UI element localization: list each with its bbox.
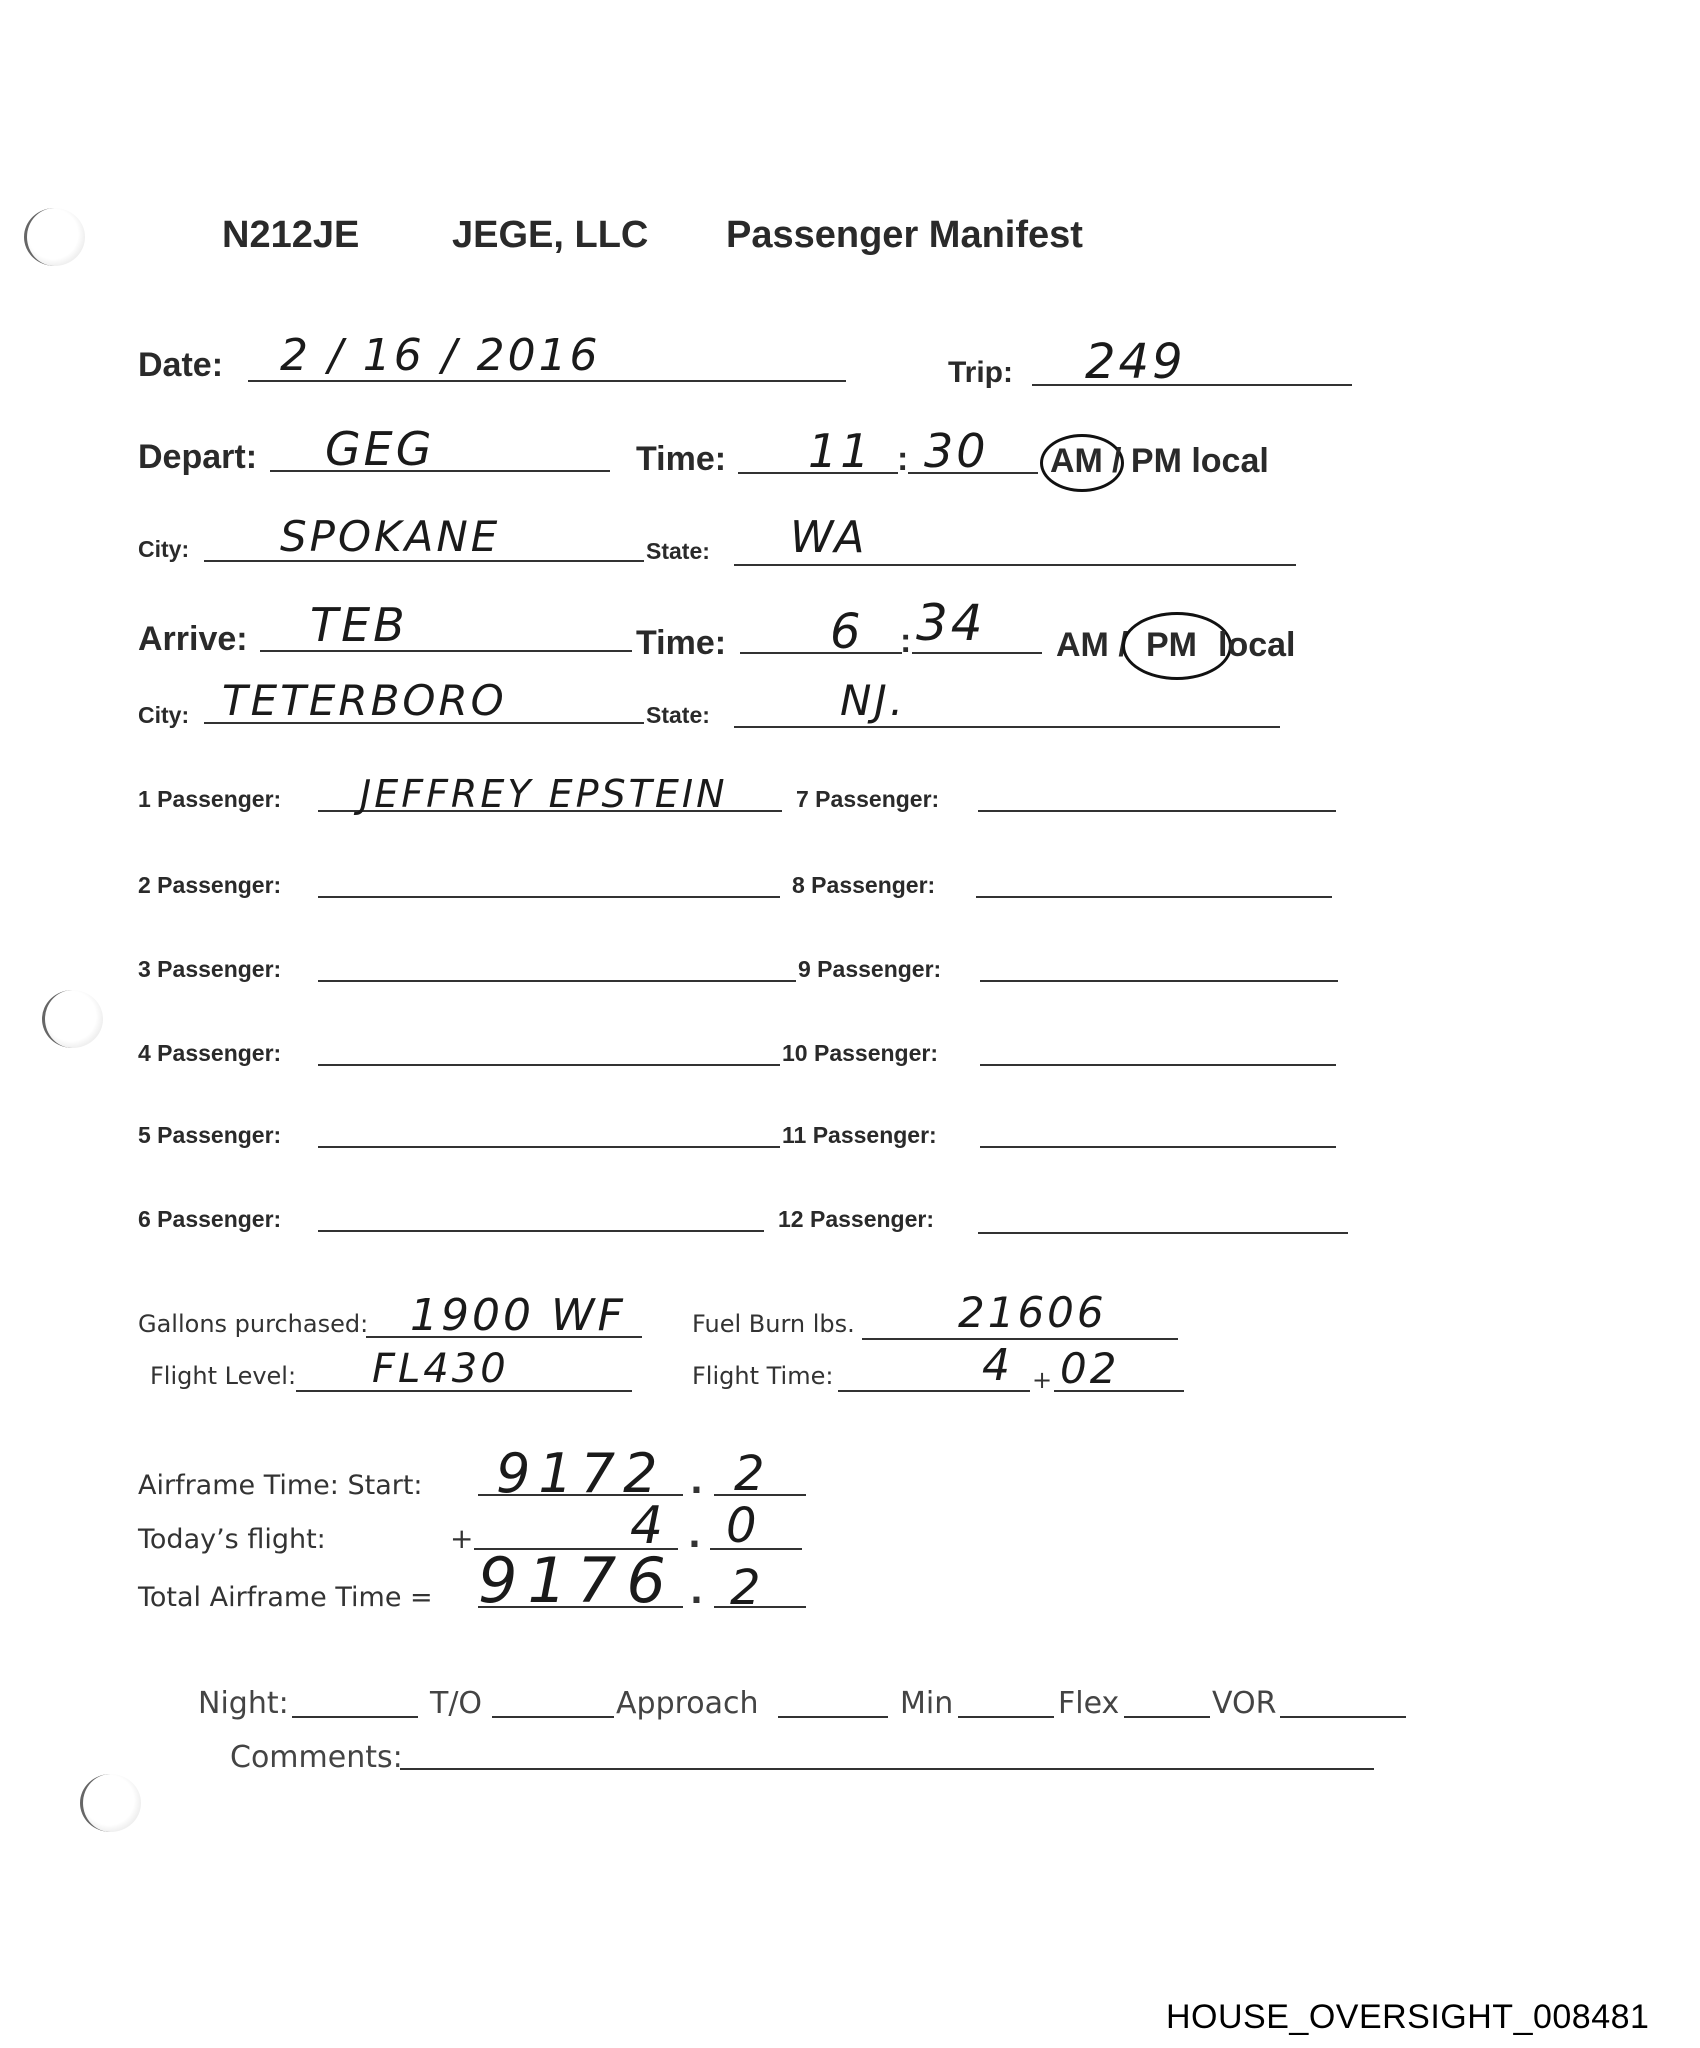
- binder-hole-bottom: [80, 1774, 141, 1832]
- passenger-12-label: 12 Passenger:: [778, 1206, 934, 1233]
- tail-number: N212JE: [222, 214, 359, 257]
- flex-label: Flex: [1058, 1686, 1119, 1721]
- date-value[interactable]: 2 / 16 / 2016: [280, 330, 601, 381]
- depart-am-option[interactable]: AM: [1050, 442, 1103, 481]
- airframe-start-dot: .: [690, 1462, 703, 1502]
- arrive-city-label: City:: [138, 702, 189, 729]
- arrive-pm-option[interactable]: PM: [1146, 626, 1197, 665]
- passenger-5-line[interactable]: [318, 1146, 780, 1148]
- flex-line[interactable]: [1124, 1716, 1210, 1718]
- passenger-10-label: 10 Passenger:: [782, 1040, 938, 1067]
- arrive-hour-value[interactable]: 6: [830, 604, 864, 660]
- to-line[interactable]: [492, 1716, 614, 1718]
- passenger-11-label: 11 Passenger:: [782, 1122, 937, 1149]
- arrive-am-option[interactable]: AM /: [1056, 626, 1128, 665]
- min-line[interactable]: [958, 1716, 1054, 1718]
- passenger-11-line[interactable]: [980, 1146, 1336, 1148]
- total-airframe-whole[interactable]: 9176: [478, 1544, 676, 1617]
- passenger-7-line[interactable]: [978, 810, 1336, 812]
- flight-time-hours-value[interactable]: 4: [982, 1340, 1013, 1391]
- depart-city-label: City:: [138, 536, 189, 563]
- passenger-7-label: 7 Passenger:: [796, 786, 939, 813]
- comments-line[interactable]: [400, 1768, 1374, 1770]
- night-label: Night:: [198, 1686, 289, 1721]
- company-name: JEGE, LLC: [452, 214, 648, 257]
- depart-city-value[interactable]: SPOKANE: [280, 512, 500, 561]
- passenger-10-line[interactable]: [980, 1064, 1336, 1066]
- flight-level-label: Flight Level:: [150, 1362, 296, 1390]
- depart-value[interactable]: GEG: [325, 422, 434, 476]
- flight-time-separator: +: [1032, 1366, 1052, 1394]
- passenger-3-label: 3 Passenger:: [138, 956, 281, 983]
- total-airframe-dot: .: [690, 1572, 703, 1612]
- arrive-label: Arrive:: [138, 620, 248, 659]
- arrive-value[interactable]: TEB: [310, 598, 408, 652]
- arrive-hour-line[interactable]: [740, 652, 902, 654]
- passenger-4-line[interactable]: [318, 1064, 780, 1066]
- passenger-5-label: 5 Passenger:: [138, 1122, 281, 1149]
- trip-value[interactable]: 249: [1085, 334, 1186, 390]
- arrive-minute-value[interactable]: 34: [916, 594, 986, 652]
- depart-state-line[interactable]: [734, 564, 1296, 566]
- today-flight-plus: +: [450, 1522, 473, 1555]
- passenger-4-label: 4 Passenger:: [138, 1040, 281, 1067]
- to-label: T/O: [430, 1686, 482, 1721]
- depart-state-value[interactable]: WA: [790, 512, 867, 563]
- min-label: Min: [900, 1686, 953, 1721]
- fuel-burn-label: Fuel Burn lbs.: [692, 1310, 855, 1338]
- vor-label: VOR: [1212, 1686, 1276, 1721]
- total-airframe-label: Total Airframe Time =: [138, 1582, 433, 1613]
- approach-label: Approach: [616, 1686, 759, 1721]
- today-flight-label: Today’s flight:: [138, 1524, 326, 1555]
- passenger-9-line[interactable]: [980, 980, 1338, 982]
- binder-hole-top: [24, 208, 85, 266]
- arrive-time-label: Time:: [636, 624, 726, 663]
- passenger-8-line[interactable]: [976, 896, 1332, 898]
- passenger-6-label: 6 Passenger:: [138, 1206, 281, 1233]
- today-flight-dot: .: [688, 1516, 701, 1556]
- passenger-6-line[interactable]: [318, 1230, 764, 1232]
- depart-field-line[interactable]: [270, 470, 610, 472]
- depart-pm-local-option[interactable]: / PM local: [1112, 442, 1269, 481]
- bates-number: HOUSE_OVERSIGHT_008481: [1166, 1998, 1649, 2037]
- approach-line[interactable]: [778, 1716, 888, 1718]
- depart-label: Depart:: [138, 438, 257, 477]
- fuel-burn-line[interactable]: [862, 1338, 1178, 1340]
- today-flight-decimal[interactable]: 0: [726, 1498, 760, 1554]
- passenger-1-label: 1 Passenger:: [138, 786, 281, 813]
- form-title: Passenger Manifest: [726, 214, 1083, 257]
- fuel-burn-value[interactable]: 21606: [958, 1288, 1107, 1337]
- flight-time-label: Flight Time:: [692, 1362, 833, 1390]
- arrive-minute-line[interactable]: [912, 652, 1042, 654]
- depart-hour-value[interactable]: 11: [808, 424, 873, 478]
- flight-time-minutes-value[interactable]: 02: [1060, 1344, 1119, 1393]
- arrive-state-line[interactable]: [734, 726, 1280, 728]
- passenger-3-line[interactable]: [318, 980, 796, 982]
- binder-hole-middle: [42, 990, 103, 1048]
- depart-time-separator: :: [897, 440, 908, 479]
- flight-level-value[interactable]: FL430: [372, 1346, 509, 1392]
- airframe-start-label: Airframe Time: Start:: [138, 1470, 423, 1501]
- arrive-time-separator: :: [900, 622, 911, 661]
- passenger-2-label: 2 Passenger:: [138, 872, 281, 899]
- passenger-8-label: 8 Passenger:: [792, 872, 935, 899]
- trip-label: Trip:: [948, 356, 1013, 390]
- night-line[interactable]: [292, 1716, 418, 1718]
- passenger-2-line[interactable]: [318, 896, 780, 898]
- arrive-state-value[interactable]: NJ.: [840, 676, 906, 725]
- total-airframe-decimal[interactable]: 2: [730, 1560, 764, 1616]
- passenger-12-line[interactable]: [978, 1232, 1348, 1234]
- arrive-state-label: State:: [646, 702, 710, 729]
- vor-line[interactable]: [1280, 1716, 1406, 1718]
- trip-field-line[interactable]: [1032, 384, 1352, 386]
- arrive-local-label: local: [1218, 626, 1295, 665]
- arrive-city-value[interactable]: TETERBORO: [222, 676, 507, 725]
- depart-minute-value[interactable]: 30: [924, 424, 989, 478]
- gallons-label: Gallons purchased:: [138, 1310, 368, 1338]
- passenger-1-name[interactable]: JEFFREY EPSTEIN: [360, 772, 728, 816]
- passenger-9-label: 9 Passenger:: [798, 956, 941, 983]
- depart-state-label: State:: [646, 538, 710, 565]
- depart-time-label: Time:: [636, 440, 726, 479]
- airframe-start-decimal[interactable]: 2: [734, 1446, 768, 1502]
- date-label: Date:: [138, 346, 223, 385]
- comments-label: Comments:: [230, 1740, 403, 1775]
- gallons-value[interactable]: 1900 WF: [410, 1290, 626, 1341]
